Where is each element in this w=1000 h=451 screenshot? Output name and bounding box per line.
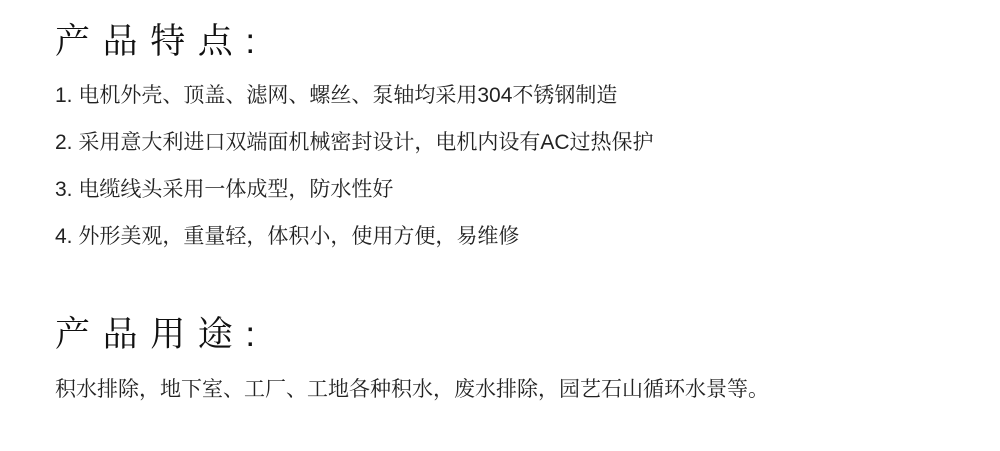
features-list-item: 2. 采用意大利进口双端面机械密封设计，电机内设有AC过热保护 — [55, 129, 960, 156]
features-section-heading: 产品特点: — [55, 21, 960, 62]
features-list: 1. 电机外壳、顶盖、滤网、螺丝、泵轴均采用304不锈钢制造 2. 采用意大利进… — [55, 82, 960, 250]
features-list-item: 3. 电缆线头采用一体成型，防水性好 — [55, 176, 960, 203]
content-area: 产品特点: 1. 电机外壳、顶盖、滤网、螺丝、泵轴均采用304不锈钢制造 2. … — [0, 0, 1000, 403]
features-list-item: 4. 外形美观，重量轻，体积小，使用方便，易维修 — [55, 223, 960, 250]
product-description-page: 产品特点: 1. 电机外壳、顶盖、滤网、螺丝、泵轴均采用304不锈钢制造 2. … — [0, 0, 1000, 451]
uses-description: 积水排除，地下室、工厂、工地各种积水，废水排除，园艺石山循环水景等。 — [55, 376, 960, 403]
features-list-item: 1. 电机外壳、顶盖、滤网、螺丝、泵轴均采用304不锈钢制造 — [55, 82, 960, 109]
uses-section-heading: 产品用途: — [55, 314, 960, 355]
